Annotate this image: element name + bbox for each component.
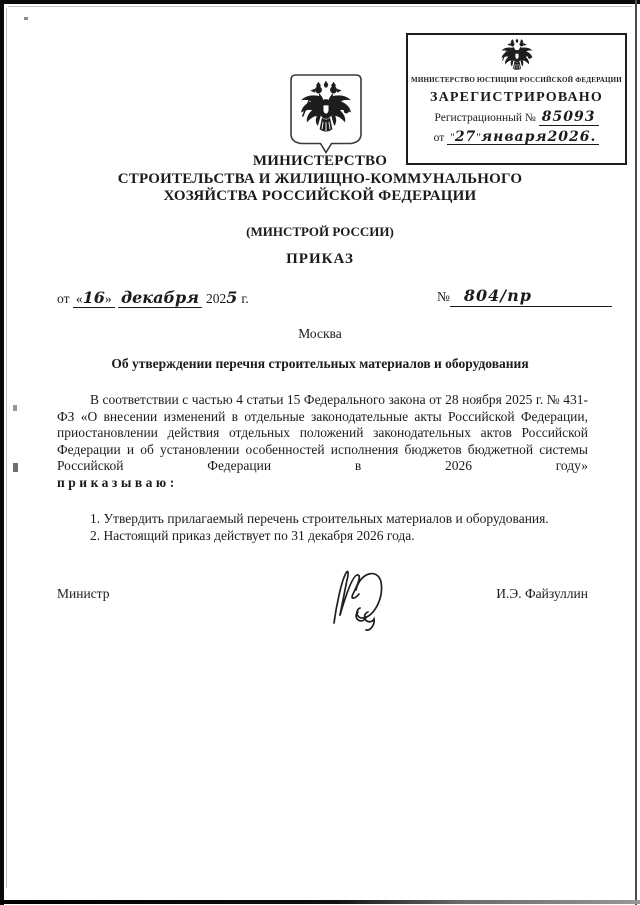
number-value: 804/пр — [464, 286, 532, 305]
date-close-quote: » — [105, 291, 112, 306]
document-subject: Об утверждении перечня строительных мате… — [0, 356, 640, 372]
stamp-date-day: 27 — [455, 129, 476, 145]
signer-title: Министр — [57, 586, 109, 602]
ministry-short-name: (МИНСТРОЙ РОССИИ) — [0, 224, 640, 240]
scan-speck — [24, 17, 28, 20]
scan-border-right — [635, 0, 637, 905]
document-number: №804/пр — [437, 288, 612, 307]
order-item-2: 2. Настоящий приказ действует по 31 дека… — [57, 528, 602, 545]
date-day-underline: «16» — [73, 290, 115, 308]
justice-ministry-registration-stamp: МИНИСТЕРСТВО ЮСТИЦИИ РОССИЙСКОЙ ФЕДЕРАЦИ… — [406, 33, 627, 165]
body-paragraph: В соответствии с частью 4 статьи 15 Феде… — [57, 392, 588, 475]
date-year-suffix: г. — [241, 291, 248, 306]
date-and-number-line: от «16» декабря2025г. №804/пр — [57, 286, 588, 314]
date-month-underline: декабря — [118, 290, 202, 308]
number-label: № — [437, 289, 450, 304]
scan-speck — [13, 463, 18, 472]
document-date: от «16» декабря2025г. — [57, 288, 249, 308]
stamp-agency-name: МИНИСТЕРСТВО ЮСТИЦИИ РОССИЙСКОЙ ФЕДЕРАЦИ… — [408, 76, 625, 84]
stamp-reg-number-underline: 85093 — [539, 110, 599, 126]
ministry-name-line: СТРОИТЕЛЬСТВА И ЖИЛИЩНО-КОММУНАЛЬНОГО — [0, 171, 640, 189]
scan-hairline-top — [8, 6, 632, 7]
number-underline: 804/пр — [450, 288, 612, 307]
stamp-reg-number-label: Регистрационный № — [434, 112, 535, 124]
ministry-name-block: МИНИСТЕРСТВО СТРОИТЕЛЬСТВА И ЖИЛИЩНО-КОМ… — [0, 153, 640, 206]
stamp-date-underline: "27"января2026. — [447, 130, 599, 146]
order-items: 1. Утвердить прилагаемый перечень строит… — [57, 511, 602, 544]
stamp-registered-label: ЗАРЕГИСТРИРОВАНО — [408, 90, 625, 106]
scan-border-top — [0, 0, 640, 4]
stamp-date-year: 2026. — [548, 129, 597, 145]
stamp-eagle-icon — [499, 38, 535, 74]
signer-name: И.Э. Файзуллин — [496, 586, 588, 602]
stamp-date-prefix: от — [434, 132, 445, 144]
document-type-title: ПРИКАЗ — [0, 251, 640, 268]
date-day-value: 16 — [83, 288, 105, 307]
date-month-value: декабря — [121, 288, 199, 307]
date-open-quote: « — [76, 291, 83, 306]
signature-scribble-icon — [328, 566, 392, 636]
document-body: В соответствии с частью 4 статьи 15 Феде… — [57, 392, 588, 492]
scan-hairline-left — [6, 8, 7, 888]
scan-border-bottom — [0, 900, 640, 904]
city-line: Москва — [0, 326, 640, 342]
scanned-order-document: МИНИСТЕРСТВО ЮСТИЦИИ РОССИЙСКОЙ ФЕДЕРАЦИ… — [0, 0, 640, 905]
date-year-written: 5 — [226, 288, 237, 307]
date-year-printed: 202 — [206, 291, 226, 306]
scan-border-left — [0, 0, 4, 905]
ministry-name-line: МИНИСТЕРСТВО — [0, 153, 640, 171]
date-prefix: от — [57, 291, 69, 306]
stamp-registration-number-row: Регистрационный № 85093 — [408, 110, 625, 126]
coat-of-arms-icon — [289, 73, 363, 159]
order-item-1: 1. Утвердить прилагаемый перечень строит… — [57, 511, 602, 528]
stamp-registration-date-row: от "27"января2026. — [408, 130, 625, 146]
ministry-name-line: ХОЗЯЙСТВА РОССИЙСКОЙ ФЕДЕРАЦИИ — [0, 188, 640, 206]
order-word: приказываю: — [57, 475, 588, 492]
scan-speck — [13, 405, 17, 411]
stamp-reg-number-value: 85093 — [542, 109, 596, 125]
stamp-date-month: января — [481, 129, 548, 145]
